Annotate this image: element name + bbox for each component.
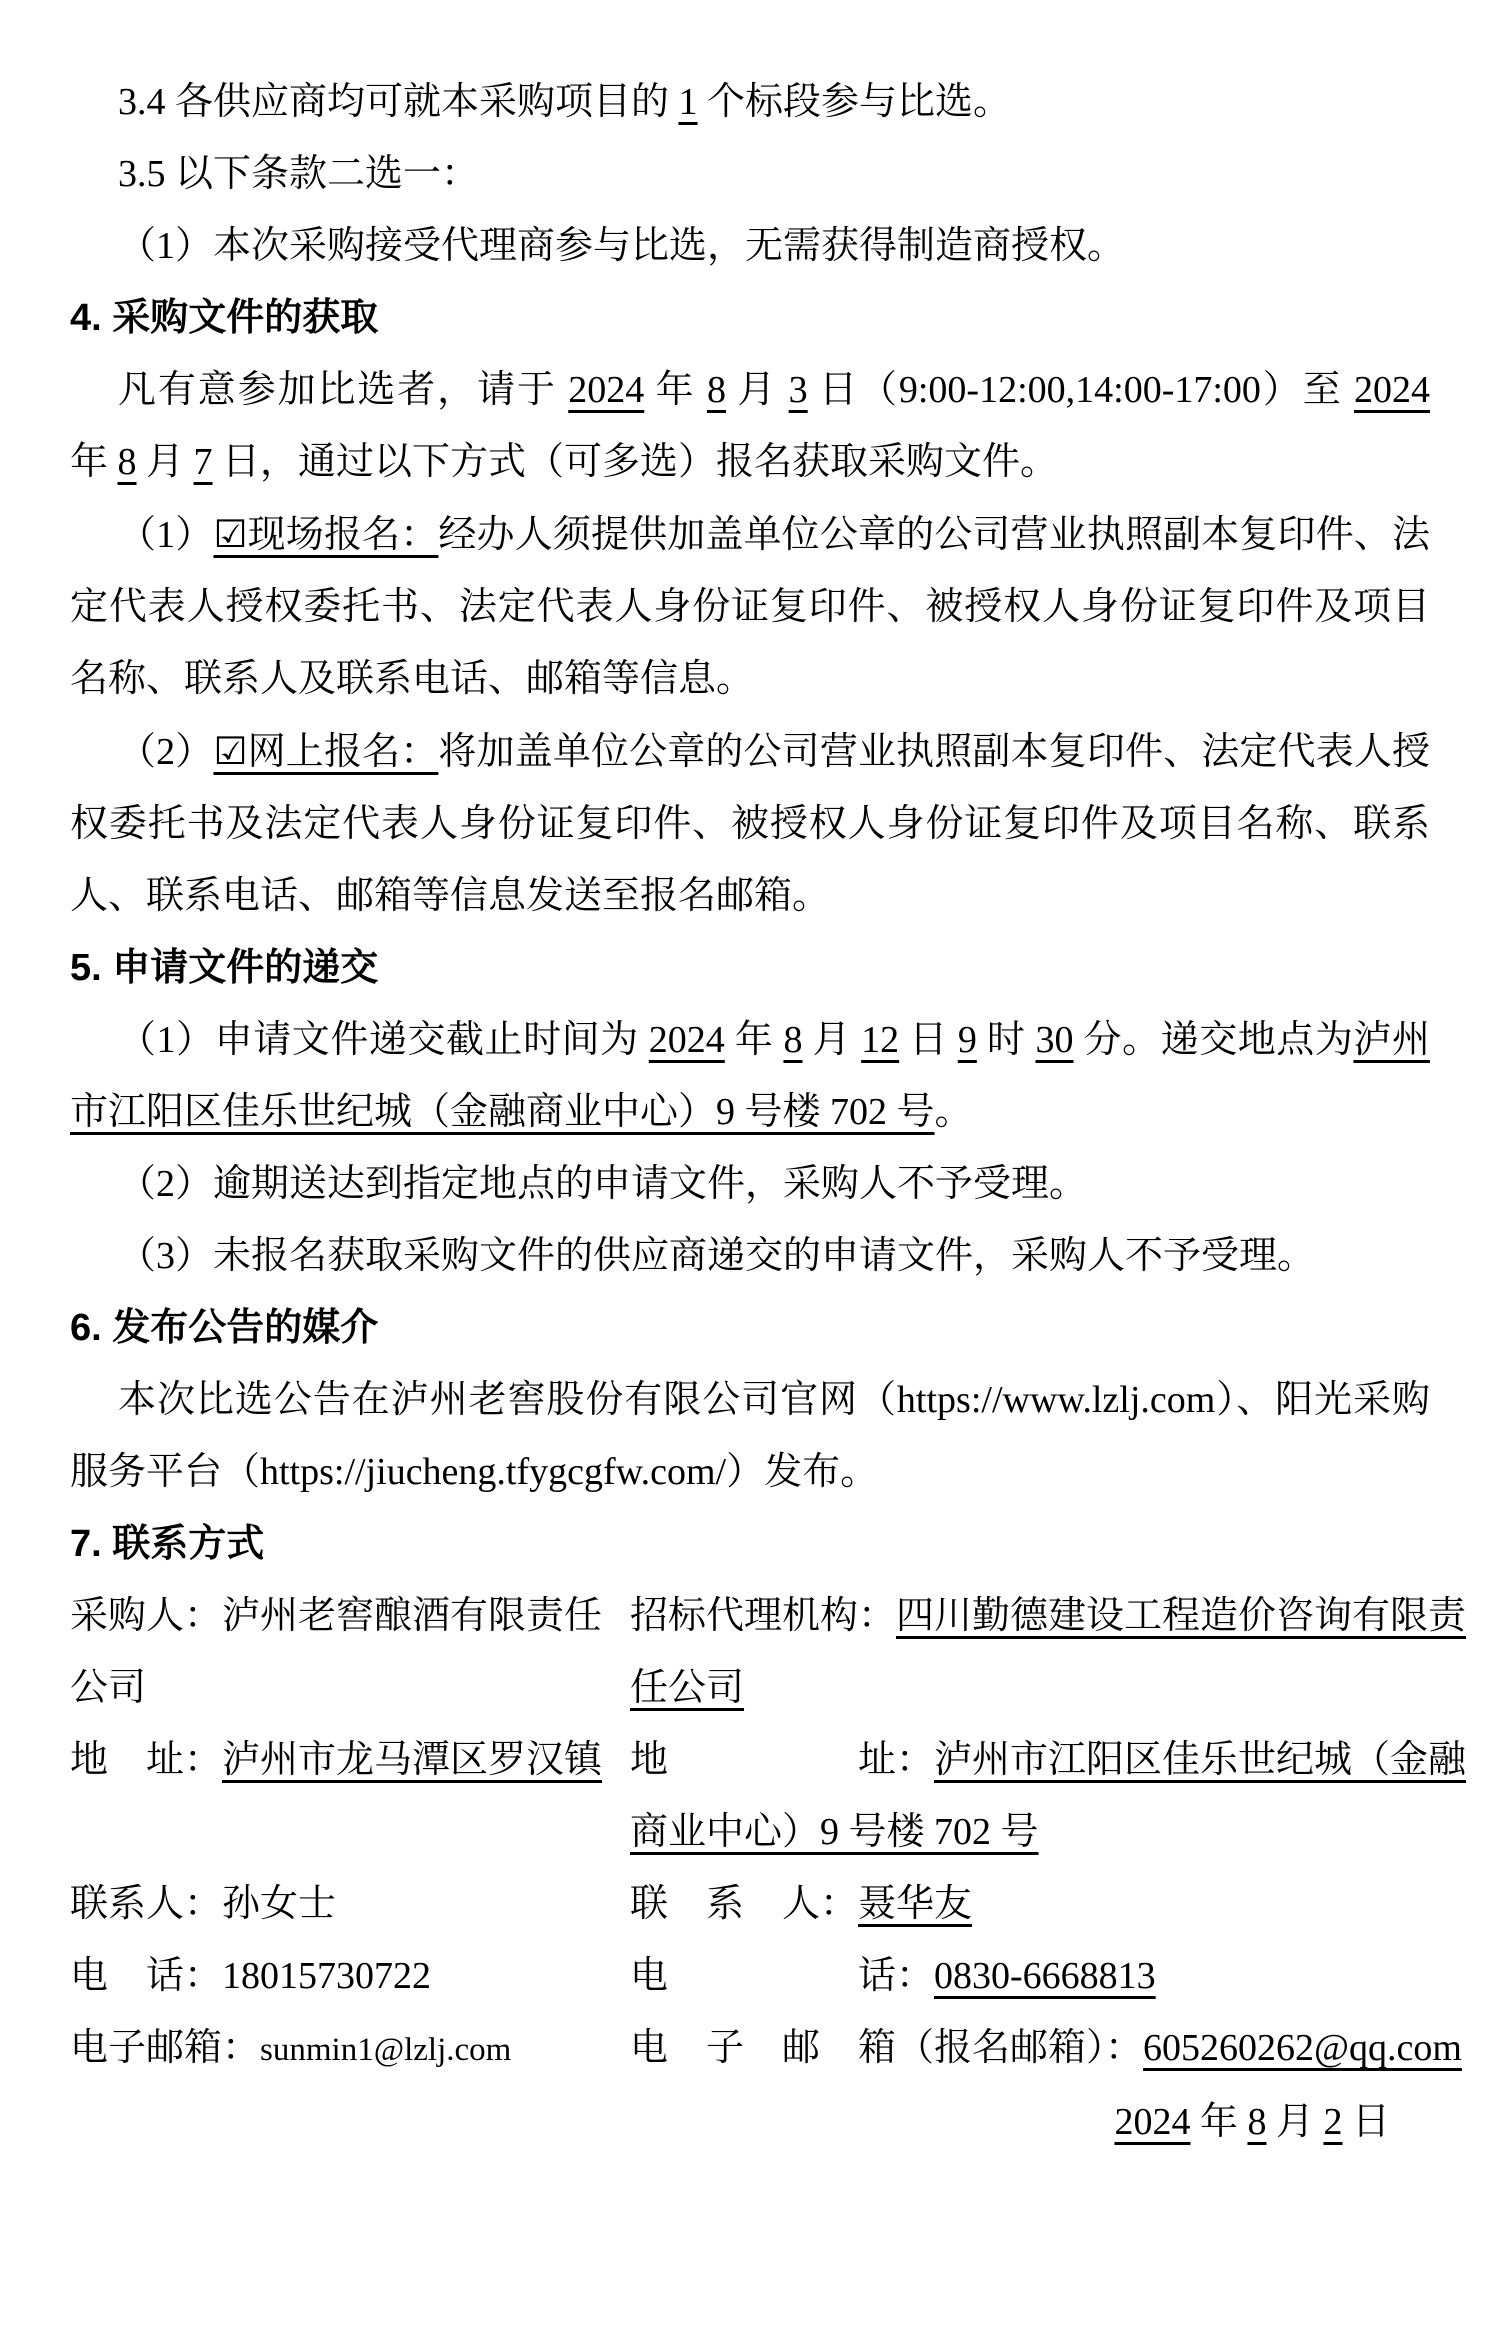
- text-segment: 3.5 以下条款二选一：: [118, 153, 479, 195]
- clause-3-5-option-1: （1）本次采购接受代理商参与比选，无需获得制造商授权。: [70, 210, 1430, 282]
- text-segment: 2024: [568, 369, 644, 411]
- text-segment: 2024: [1114, 2101, 1190, 2143]
- text-segment: 凡有意参加比选者，请于: [118, 369, 568, 411]
- unregistered-submission-rule: （3）未报名获取采购文件的供应商递交的申请文件，采购人不予受理。: [70, 1220, 1430, 1292]
- contact-cell-left: 采购人：泸州老窖酿酒有限责任公司: [70, 1580, 630, 1724]
- text-segment: 电 子 邮 箱（报名邮箱）：: [630, 2027, 1143, 2069]
- text-segment: 联系人：孙女士: [70, 1883, 336, 1925]
- checkbox-checked-icon: ☑: [213, 729, 247, 773]
- text-segment: 聂华友: [858, 1883, 972, 1925]
- text-segment: 年: [644, 369, 707, 411]
- text-segment: 本次比选公告在泸州老窖股份有限公司官网（https://www.lzlj.com…: [70, 1379, 1430, 1493]
- contact-cell-right: 地 址：泸州市江阳区佳乐世纪城（金融商业中心）9 号楼 702 号: [630, 1724, 1480, 1868]
- text-segment: 月: [802, 1019, 861, 1061]
- clause-3-5: 3.5 以下条款二选一：: [70, 138, 1430, 210]
- contact-cell-left: 电 话：18015730722: [70, 1940, 630, 2012]
- text-segment: 地 址：: [70, 1739, 222, 1781]
- text-segment: 泸州市龙马潭区罗汉镇: [222, 1739, 602, 1781]
- online-registration: （2）☑网上报名：将加盖单位公章的公司营业执照副本复印件、法定代表人授权委托书及…: [70, 715, 1430, 932]
- text-segment: （1）申请文件递交截止时间为: [118, 1019, 649, 1061]
- section-5-heading: 5. 申请文件的递交: [70, 932, 1430, 1004]
- text-segment: 地 址：: [630, 1739, 934, 1781]
- text-segment: 8: [1247, 2101, 1266, 2143]
- section-7-heading: 7. 联系方式: [70, 1508, 1430, 1580]
- text-segment: 日: [899, 1019, 958, 1061]
- text-segment: 3: [789, 369, 808, 411]
- text-segment: 现场报名：: [248, 514, 439, 556]
- contact-cell-left: 地 址：泸州市龙马潭区罗汉镇: [70, 1724, 630, 1868]
- contact-cell-left: 联系人：孙女士: [70, 1868, 630, 1940]
- text-segment: 605260262@qq.com: [1143, 2027, 1462, 2069]
- text-segment: 3.4 各供应商均可就本采购项目的: [118, 81, 679, 123]
- contact-cell-right: 联 系 人：聂华友: [630, 1868, 1480, 1940]
- text-segment: （1）: [118, 514, 213, 556]
- text-segment: 。: [935, 1091, 973, 1133]
- text-segment: 0830-6668813: [934, 1955, 1156, 1997]
- text-segment: 1: [679, 81, 698, 123]
- text-segment: （2）逾期送达到指定地点的申请文件，采购人不予受理。: [118, 1163, 1087, 1205]
- text-segment: 2: [1323, 2101, 1342, 2143]
- text-segment: 4. 采购文件的获取: [70, 297, 378, 339]
- text-segment: （1）本次采购接受代理商参与比选，无需获得制造商授权。: [118, 225, 1125, 267]
- text-segment: 年: [1190, 2101, 1247, 2143]
- text-segment: 7: [194, 441, 213, 483]
- text-segment: 8: [118, 441, 137, 483]
- text-segment: 月: [1266, 2101, 1323, 2143]
- text-segment: （3）未报名获取采购文件的供应商递交的申请文件，采购人不予受理。: [118, 1235, 1315, 1277]
- document-content: 3.4 各供应商均可就本采购项目的 1 个标段参与比选。3.5 以下条款二选一：…: [70, 66, 1430, 2158]
- clause-3-4: 3.4 各供应商均可就本采购项目的 1 个标段参与比选。: [70, 66, 1430, 138]
- contact-cell-right: 电 话：0830-6668813: [630, 1940, 1480, 2012]
- text-segment: 日（9:00-12:00,14:00-17:00）至: [808, 369, 1354, 411]
- section-4-heading: 4. 采购文件的获取: [70, 282, 1430, 354]
- text-segment: 月: [137, 441, 194, 483]
- section-6-heading: 6. 发布公告的媒介: [70, 1292, 1430, 1364]
- text-segment: 年: [70, 441, 118, 483]
- text-segment: 时: [977, 1019, 1036, 1061]
- announcement-media: 本次比选公告在泸州老窖股份有限公司官网（https://www.lzlj.com…: [70, 1364, 1430, 1508]
- onsite-registration: （1）☑现场报名：经办人须提供加盖单位公章的公司营业执照副本复印件、法定代表人授…: [70, 498, 1430, 715]
- contact-cell-left: 电子邮箱：sunmin1@lzlj.com: [70, 2012, 630, 2086]
- text-segment: 30: [1035, 1019, 1073, 1061]
- submission-deadline: （1）申请文件递交截止时间为 2024 年 8 月 12 日 9 时 30 分。…: [70, 1004, 1430, 1148]
- section-4-intro: 凡有意参加比选者，请于 2024 年 8 月 3 日（9:00-12:00,14…: [70, 354, 1430, 498]
- text-segment: 分。递交地点为: [1073, 1019, 1353, 1061]
- text-segment: 8: [783, 1019, 802, 1061]
- contact-cell-right: 招标代理机构：四川勤德建设工程造价咨询有限责任公司: [630, 1580, 1480, 1724]
- text-segment: 9: [958, 1019, 977, 1061]
- contact-table: 采购人：泸州老窖酿酒有限责任公司招标代理机构：四川勤德建设工程造价咨询有限责任公…: [70, 1580, 1430, 2086]
- checkbox-checked-icon: ☑: [213, 512, 247, 556]
- text-segment: 电 话：18015730722: [70, 1955, 431, 1997]
- text-segment: sunmin1@lzlj.com: [260, 2032, 511, 2068]
- text-segment: 采购人：泸州老窖酿酒有限责任公司: [70, 1595, 602, 1709]
- text-segment: 月: [726, 369, 789, 411]
- text-segment: 12: [861, 1019, 899, 1061]
- contact-cell-right: 电 子 邮 箱（报名邮箱）：605260262@qq.com: [630, 2012, 1480, 2086]
- text-segment: 2024: [649, 1019, 725, 1061]
- text-segment: 招标代理机构：: [630, 1595, 896, 1637]
- text-segment: 5. 申请文件的递交: [70, 947, 378, 989]
- text-segment: 联 系 人：: [630, 1883, 858, 1925]
- text-segment: 年: [725, 1019, 784, 1061]
- text-segment: （2）: [118, 731, 213, 773]
- text-segment: 8: [707, 369, 726, 411]
- text-segment: 网上报名：: [248, 731, 439, 773]
- text-segment: 7. 联系方式: [70, 1523, 264, 1565]
- text-segment: 电子邮箱：: [70, 2027, 260, 2069]
- document-page: 3.4 各供应商均可就本采购项目的 1 个标段参与比选。3.5 以下条款二选一：…: [0, 0, 1500, 2330]
- text-segment: 日，通过以下方式（可多选）报名获取采购文件。: [213, 441, 1059, 483]
- text-segment: 个标段参与比选。: [698, 81, 1012, 123]
- announcement-date: 2024 年 8 月 2 日: [70, 2086, 1430, 2158]
- late-submission-rule: （2）逾期送达到指定地点的申请文件，采购人不予受理。: [70, 1148, 1430, 1220]
- text-segment: 6. 发布公告的媒介: [70, 1307, 378, 1349]
- text-segment: 日: [1342, 2101, 1390, 2143]
- text-segment: 2024: [1354, 369, 1430, 411]
- text-segment: 电 话：: [630, 1955, 934, 1997]
